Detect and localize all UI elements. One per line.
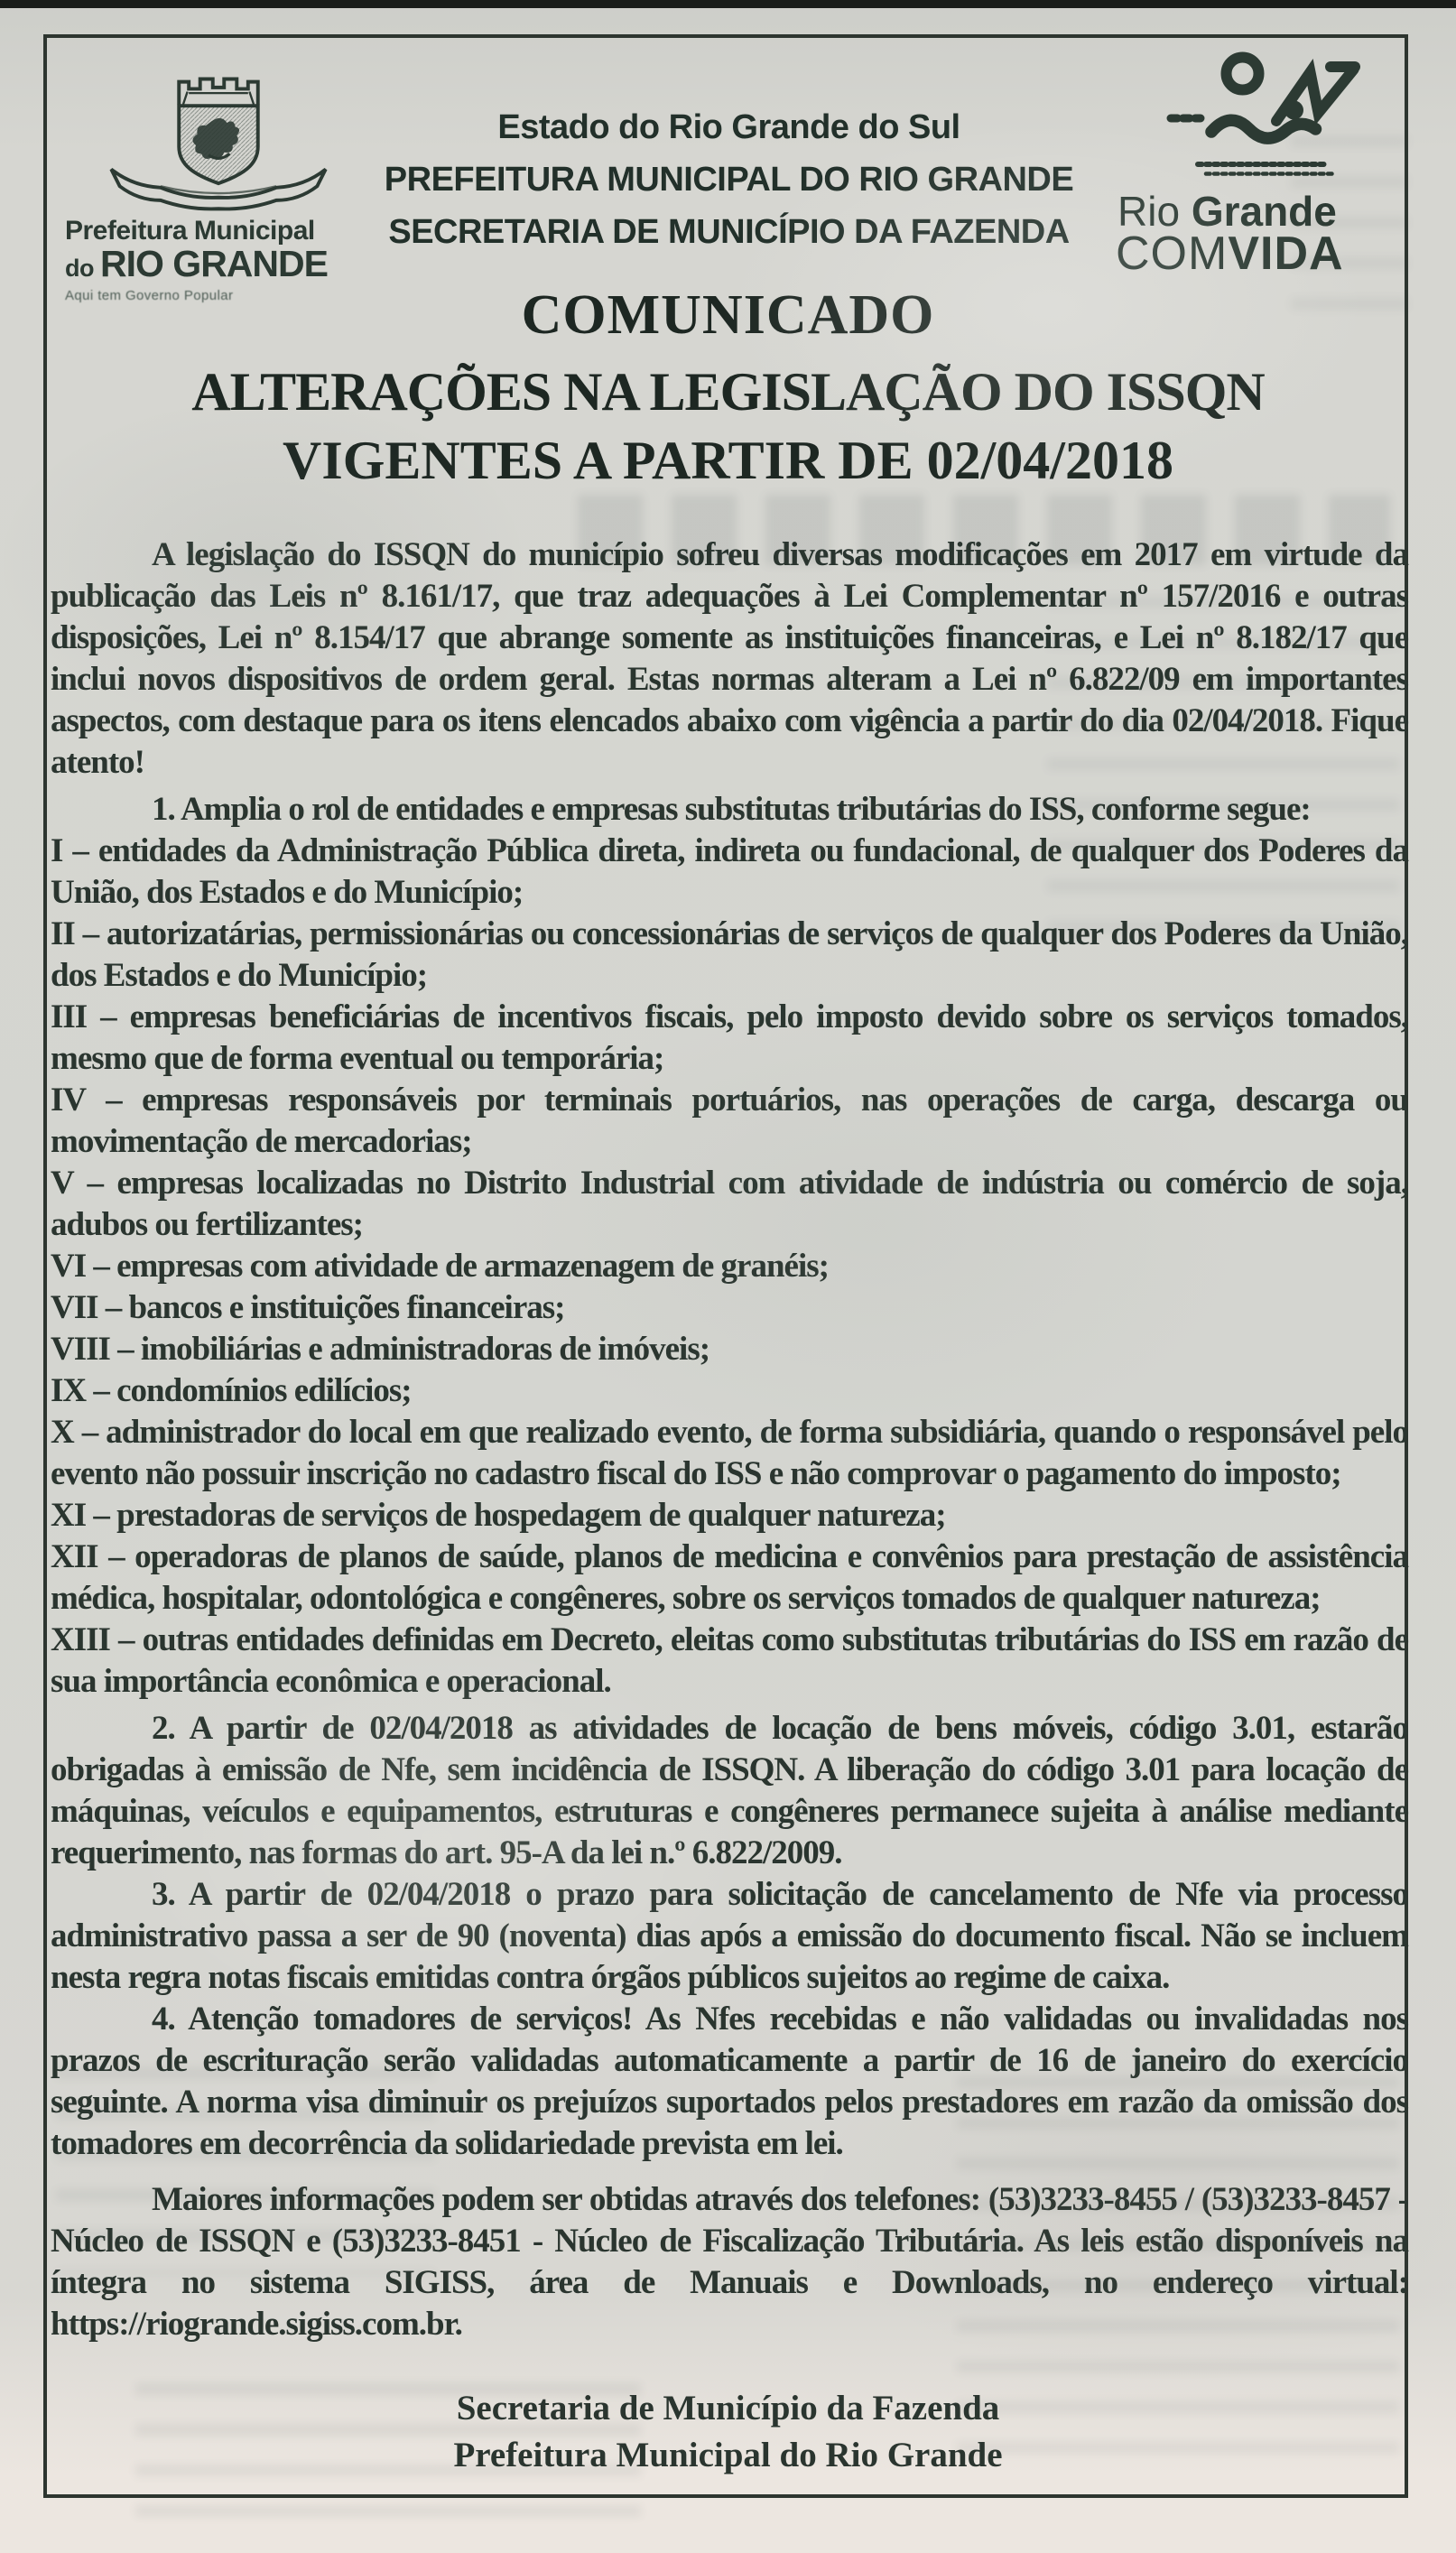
signature-department: Secretaria de Município da Fazenda [0, 2385, 1456, 2432]
prefeitura-logo: Prefeitura Municipal do RIO GRANDE Aqui … [65, 58, 372, 303]
letterhead-department-line: SECRETARIA DE MUNICÍPIO DA FAZENDA [348, 206, 1110, 258]
notice-title-line1: COMUNICADO [0, 287, 1456, 343]
letterhead-city-line: PREFEITURA MUNICIPAL DO RIO GRANDE [348, 153, 1110, 206]
letterhead-state-line: Estado do Rio Grande do Sul [348, 101, 1110, 153]
notice-title: COMUNICADO ALTERAÇÕES NA LEGISLAÇÃO DO I… [0, 287, 1456, 487]
body-paragraph-13: XI – prestadoras de serviços de hospedag… [51, 1495, 1408, 1536]
body-paragraph-12: X – administrador do local em que realiz… [51, 1412, 1408, 1495]
prefeitura-logo-name-line1: Prefeitura Municipal [65, 217, 372, 246]
letterhead: Estado do Rio Grande do Sul PREFEITURA M… [348, 101, 1110, 258]
body-paragraph-9: VII – bancos e instituições financeiras; [51, 1287, 1408, 1329]
signature-city: Prefeitura Municipal do Rio Grande [0, 2432, 1456, 2479]
notice-body: A legislação do ISSQN do município sofre… [51, 534, 1408, 2345]
scanned-newspaper-notice: Prefeitura Municipal do RIO GRANDE Aqui … [0, 0, 1456, 2553]
body-paragraph-7: V – empresas localizadas no Distrito Ind… [51, 1163, 1408, 1246]
body-paragraph-14: XII – operadoras de planos de saúde, pla… [51, 1536, 1408, 1620]
prefeitura-logo-name-line2: do RIO GRANDE [65, 246, 372, 286]
body-paragraph-18: 4. Atenção tomadores de serviços! As Nfe… [51, 1999, 1408, 2165]
body-paragraph-5: III – empresas beneficiárias de incentiv… [51, 997, 1408, 1080]
comvida-figure-icon [1112, 51, 1419, 186]
body-paragraph-3: I – entidades da Administração Pública d… [51, 831, 1408, 914]
body-paragraph-11: IX – condomínios edilícios; [51, 1370, 1408, 1412]
notice-title-line3: VIGENTES A PARTIR DE 02/04/2018 [0, 433, 1456, 487]
comvida-logo: Rio Grande COMVIDA [1112, 51, 1419, 276]
body-paragraph-2: 1. Amplia o rol de entidades e empresas … [51, 789, 1408, 831]
body-paragraph-17: 3. A partir de 02/04/2018 o prazo para s… [51, 1874, 1408, 1999]
body-paragraph-19: Maiores informações podem ser obtidas at… [51, 2179, 1408, 2345]
body-paragraph-1: A legislação do ISSQN do município sofre… [51, 534, 1408, 784]
body-paragraph-15: XIII – outras entidades definidas em Dec… [51, 1620, 1408, 1703]
body-paragraph-10: VIII – imobiliárias e administradoras de… [51, 1329, 1408, 1370]
notice-title-line2: ALTERAÇÕES NA LEGISLAÇÃO DO ISSQN [0, 365, 1456, 419]
body-paragraphs: A legislação do ISSQN do município sofre… [51, 534, 1408, 2345]
page-top-edge [0, 0, 1456, 8]
comvida-logo-brand: COMVIDA [1112, 231, 1419, 276]
body-paragraph-8: VI – empresas com atividade de armazenag… [51, 1246, 1408, 1287]
comvida-logo-name: Rio Grande [1112, 191, 1419, 231]
body-paragraph-4: II – autorizatárias, permissionárias ou … [51, 914, 1408, 997]
body-paragraph-6: IV – empresas responsáveis por terminais… [51, 1080, 1408, 1163]
notice-signature: Secretaria de Município da Fazenda Prefe… [0, 2385, 1456, 2479]
body-paragraph-16: 2. A partir de 02/04/2018 as atividades … [51, 1708, 1408, 1874]
coat-of-arms-icon [65, 58, 372, 213]
